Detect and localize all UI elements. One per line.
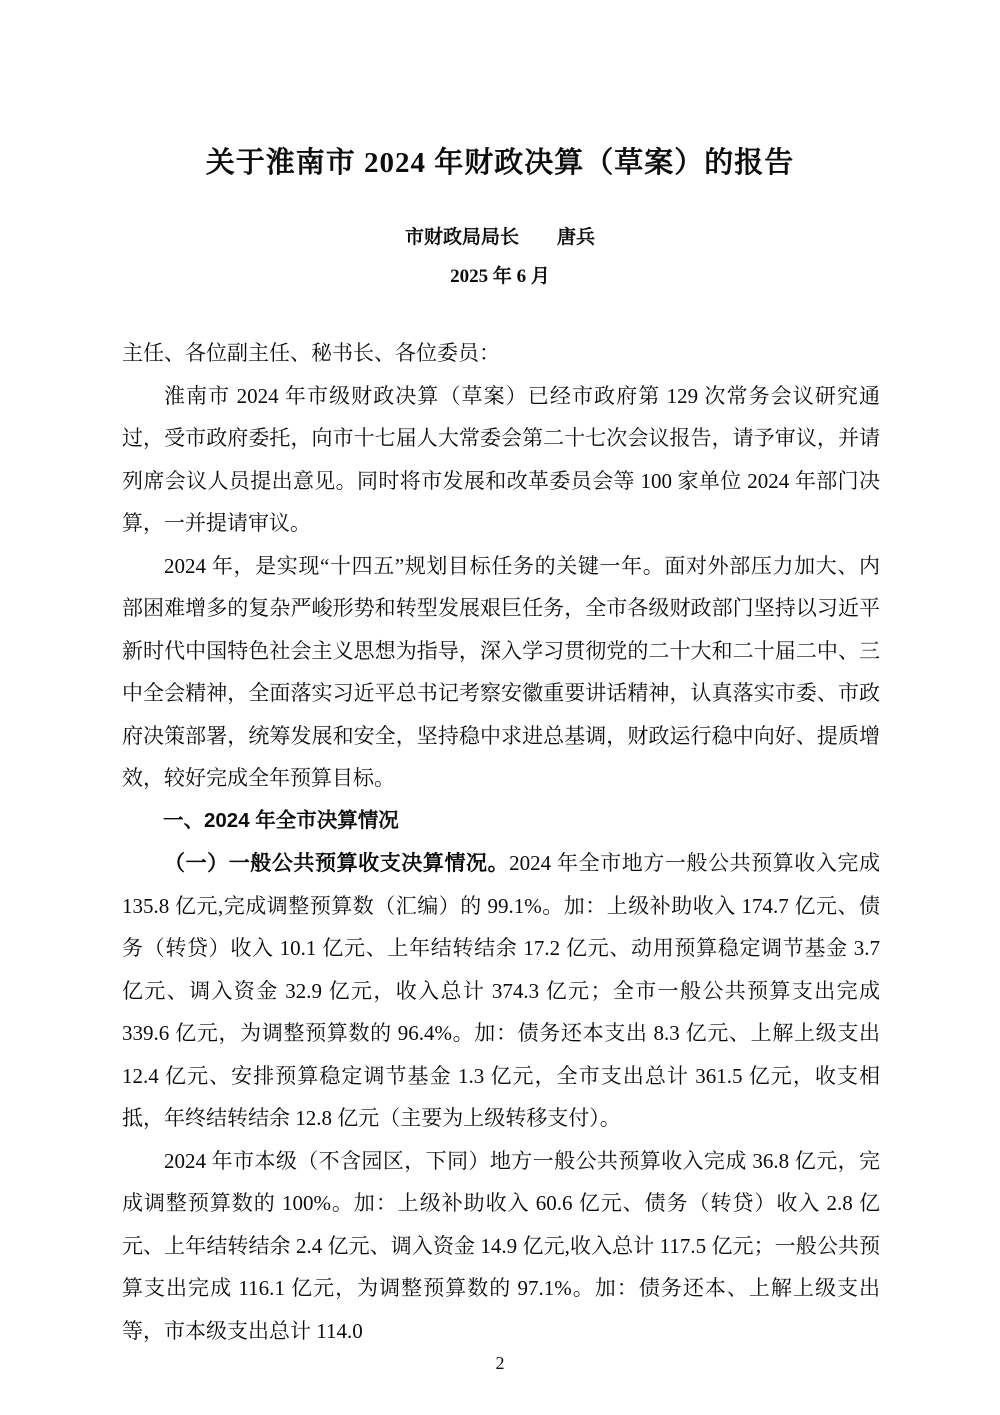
paragraph-lead-bold: （一）一般公共预算收支决算情况。 — [164, 851, 509, 875]
paragraph-overview: 2024 年，是实现“十四五”规划目标任务的关键一年。面对外部压力加大、内部困难… — [122, 545, 880, 800]
document-title: 关于淮南市 2024 年财政决算（草案）的报告 — [0, 0, 1000, 183]
section-heading-1: 一、2024 年全市决算情况 — [122, 800, 880, 843]
document-body: 主任、各位副主任、秘书长、各位委员： 淮南市 2024 年市级财政决算（草案）已… — [122, 332, 880, 1352]
paragraph-general-budget: （一）一般公共预算收支决算情况。2024 年全市地方一般公共预算收入完成 135… — [122, 842, 880, 1140]
paragraph-intro: 淮南市 2024 年市级财政决算（草案）已经市政府第 129 次常务会议研究通过… — [122, 375, 880, 545]
document-page: 关于淮南市 2024 年财政决算（草案）的报告 市财政局局长 唐兵 2025 年… — [0, 0, 1000, 1415]
paragraph-general-budget-text: 2024 年全市地方一般公共预算收入完成 135.8 亿元,完成调整预算数（汇编… — [122, 851, 880, 1130]
page-number: 2 — [0, 1353, 1000, 1373]
salutation: 主任、各位副主任、秘书长、各位委员： — [122, 332, 880, 375]
paragraph-city-level: 2024 年市本级（不含园区，下同）地方一般公共预算收入完成 36.8 亿元，完… — [122, 1140, 880, 1353]
author-line: 市财政局局长 唐兵 — [0, 225, 1000, 251]
date-line: 2025 年 6 月 — [0, 264, 1000, 290]
